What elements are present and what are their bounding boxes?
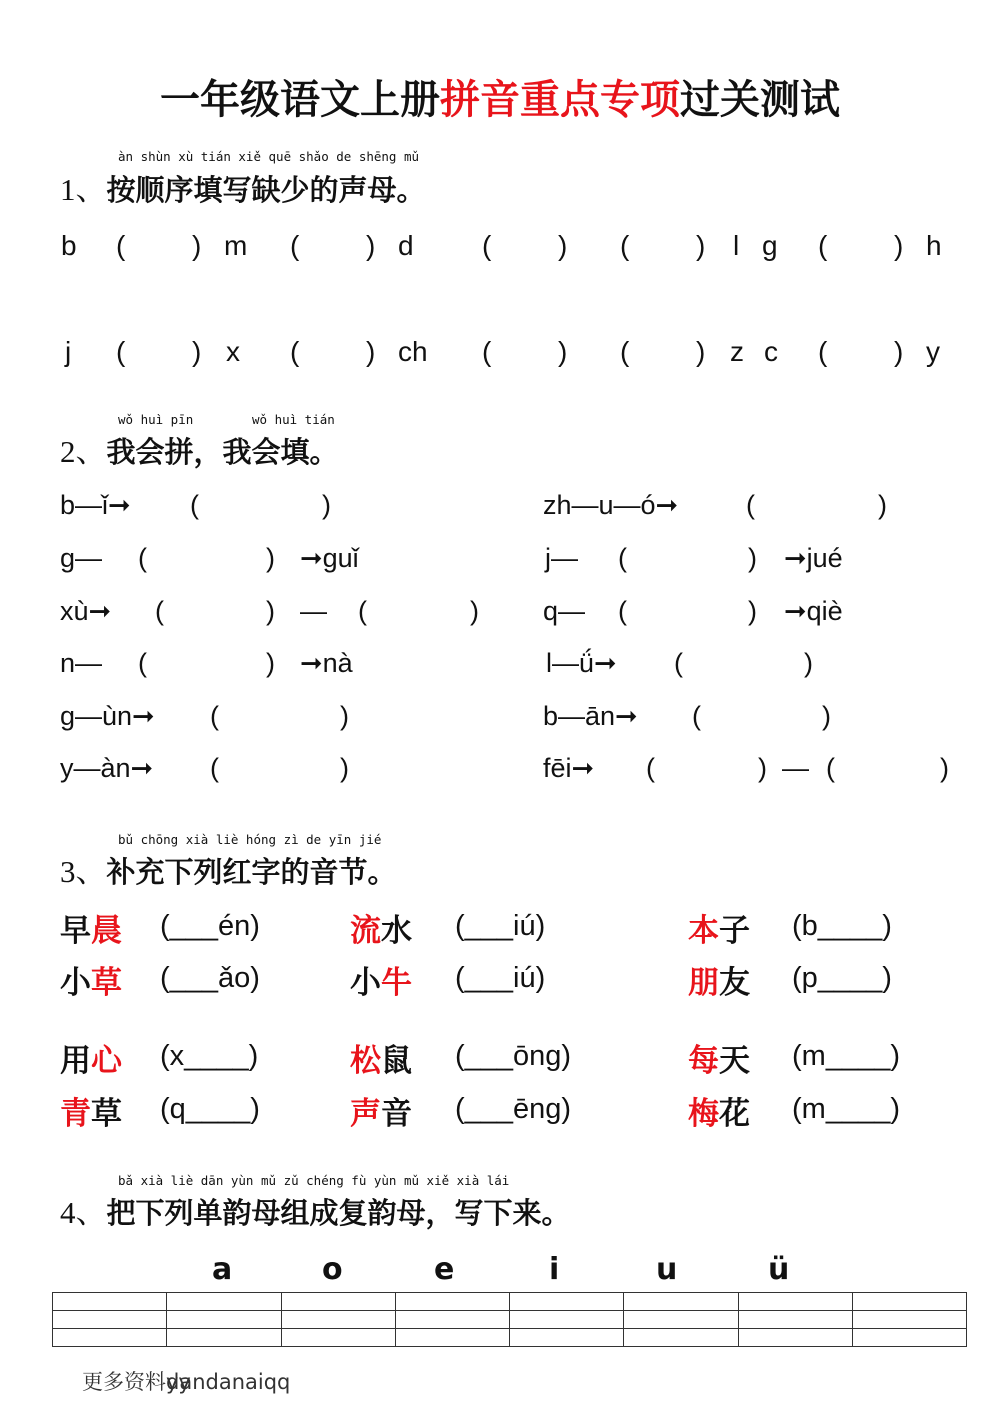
q1-letter: l <box>733 230 739 262</box>
q3-answer-blank: (m____) <box>792 1040 900 1073</box>
q3-word: 本子 <box>688 905 750 950</box>
q3-char: 小 <box>350 965 381 1001</box>
q2-paren-close: ) <box>266 596 275 627</box>
q2-prompt: xù➞ <box>60 596 111 627</box>
q2-prompt: b—ǐ➞ <box>60 490 131 521</box>
grid-cell[interactable] <box>167 1293 281 1311</box>
q2-prompt: n— <box>60 648 102 679</box>
q2-paren-open: ( <box>692 701 701 732</box>
q1-text: 按顺序填写缺少的声母。 <box>107 173 426 207</box>
q2-result: ➞guǐ <box>300 543 359 574</box>
q4-heading: 4、把下列单韵母组成复韵母，写下来。 <box>60 1187 571 1232</box>
q1-letter: ch <box>398 336 428 368</box>
page-title: 一年级语文上册拼音重点专项过关测试 <box>0 68 1000 125</box>
q3-char: 草 <box>91 1096 122 1132</box>
q1-paren-close: ) <box>366 336 375 368</box>
q2-paren-close: ) <box>758 753 767 784</box>
q1-letter: b <box>61 230 77 262</box>
q2-paren-close: ) <box>748 543 757 574</box>
grid-cell[interactable] <box>510 1293 624 1311</box>
grid-cell[interactable] <box>395 1293 509 1311</box>
q2-paren-close: ) <box>822 701 831 732</box>
q3-char: 友 <box>719 965 750 1001</box>
q2-pinyin-1: wǒ huì pīn <box>118 412 193 427</box>
grid-cell[interactable] <box>53 1329 167 1347</box>
q2-prompt: q— <box>543 596 585 627</box>
title-part3: 过关测试 <box>680 76 840 123</box>
q2-dash: — <box>782 753 809 784</box>
q4-pinyin: bǎ xià liè dān yùn mǔ zǔ chéng fù yùn mǔ… <box>118 1173 509 1188</box>
q1-paren-close: ) <box>366 230 375 262</box>
q3-char-red: 梅 <box>688 1096 719 1132</box>
grid-cell[interactable] <box>624 1293 738 1311</box>
q2-prompt: j— <box>545 543 578 574</box>
grid-cell[interactable] <box>53 1311 167 1329</box>
q2-paren-open: ( <box>138 543 147 574</box>
grid-cell[interactable] <box>395 1329 509 1347</box>
q3-char-red: 青 <box>60 1096 91 1132</box>
q2-paren-close: ) <box>940 753 949 784</box>
q3-char: 早 <box>60 913 91 949</box>
q3-answer-blank: (m____) <box>792 1093 900 1126</box>
q3-char: 花 <box>719 1096 750 1132</box>
grid-cell[interactable] <box>281 1329 395 1347</box>
q2-text: 我会拼，我会填。 <box>107 435 339 469</box>
q3-char: 鼠 <box>381 1043 412 1079</box>
q2-paren-open: ( <box>674 648 683 679</box>
q3-word: 朋友 <box>688 957 750 1002</box>
q2-paren-open: ( <box>746 490 755 521</box>
q3-word: 用心 <box>60 1035 122 1080</box>
q2-paren-close: ) <box>878 490 887 521</box>
vowel: e <box>434 1252 454 1287</box>
q2-paren-open: ( <box>155 596 164 627</box>
q1-paren-open: ( <box>818 336 827 368</box>
q3-word: 梅花 <box>688 1088 750 1133</box>
q1-letter: h <box>926 230 942 262</box>
q3-char: 子 <box>719 913 750 949</box>
q1-paren-open: ( <box>818 230 827 262</box>
q3-char-red: 每 <box>688 1043 719 1079</box>
footer-overlay: yy <box>166 1370 191 1394</box>
grid-cell[interactable] <box>852 1293 966 1311</box>
q2-paren-close: ) <box>266 543 275 574</box>
vowel: u <box>656 1252 677 1287</box>
q2-paren-open: ( <box>138 648 147 679</box>
grid-cell[interactable] <box>738 1311 852 1329</box>
q2-paren-open: ( <box>190 490 199 521</box>
q2-prompt: y—àn➞ <box>60 753 153 784</box>
q3-char-red: 牛 <box>381 965 412 1001</box>
q2-result: ➞nà <box>300 648 353 679</box>
q1-letter: g <box>762 230 778 262</box>
grid-cell[interactable] <box>167 1311 281 1329</box>
q1-paren-open: ( <box>620 230 629 262</box>
vowel: i <box>549 1252 559 1287</box>
q1-paren-open: ( <box>620 336 629 368</box>
q3-answer-blank: (___iú) <box>455 910 545 943</box>
grid-cell[interactable] <box>281 1311 395 1329</box>
q1-number: 1、 <box>60 172 107 207</box>
q1-letter: j <box>65 336 71 368</box>
q2-paren-close: ) <box>322 490 331 521</box>
q3-word: 小草 <box>60 957 122 1002</box>
q2-dash: — <box>300 596 327 627</box>
q2-paren-open: ( <box>210 753 219 784</box>
vowel: a <box>212 1252 232 1287</box>
q2-heading: 2、我会拼，我会填。 <box>60 426 339 471</box>
q3-pinyin: bǔ chōng xià liè hóng zì de yīn jié <box>118 832 381 847</box>
q1-paren-open: ( <box>116 336 125 368</box>
q1-paren-close: ) <box>192 336 201 368</box>
q3-answer-blank: (___ēng) <box>455 1093 571 1126</box>
vowel: ü <box>768 1252 789 1287</box>
q3-char-red: 心 <box>91 1043 122 1079</box>
q3-char-red: 流 <box>350 913 381 949</box>
q1-paren-open: ( <box>482 230 491 262</box>
q4-text: 把下列单韵母组成复韵母，写下来。 <box>107 1196 571 1230</box>
q3-char: 天 <box>719 1043 750 1079</box>
q3-word: 每天 <box>688 1035 750 1080</box>
q3-answer-blank: (___én) <box>160 910 260 943</box>
footer-watermark: 更多资料yydandanaiqq <box>82 1366 290 1396</box>
q1-paren-open: ( <box>290 230 299 262</box>
answer-grid <box>52 1292 967 1347</box>
q3-word: 青草 <box>60 1088 122 1133</box>
q2-paren-open: ( <box>618 596 627 627</box>
q4-number: 4、 <box>60 1195 107 1230</box>
q1-heading: 1、按顺序填写缺少的声母。 <box>60 164 426 209</box>
q3-word: 松鼠 <box>350 1035 412 1080</box>
q1-paren-open: ( <box>290 336 299 368</box>
q3-number: 3、 <box>60 854 107 889</box>
q3-char: 用 <box>60 1043 91 1079</box>
q3-char-red: 草 <box>91 965 122 1001</box>
q2-paren-close: ) <box>340 701 349 732</box>
q3-char-red: 松 <box>350 1043 381 1079</box>
grid-cell[interactable] <box>281 1293 395 1311</box>
q3-word: 小牛 <box>350 957 412 1002</box>
q2-prompt: fēi➞ <box>543 753 594 784</box>
grid-cell[interactable] <box>852 1311 966 1329</box>
q1-paren-close: ) <box>696 230 705 262</box>
grid-row <box>53 1311 967 1329</box>
q2-pinyin-2: wǒ huì tián <box>252 412 335 427</box>
q3-answer-blank: (___iú) <box>455 962 545 995</box>
grid-cell[interactable] <box>624 1311 738 1329</box>
q3-text: 补充下列红字的音节。 <box>107 855 397 889</box>
q2-prompt: l—ǘ➞ <box>546 648 617 679</box>
q2-paren-open: ( <box>826 753 835 784</box>
vowel: o <box>322 1252 343 1287</box>
footer-text: 更多资料 <box>82 1370 166 1394</box>
grid-cell[interactable] <box>852 1329 966 1347</box>
q2-number: 2、 <box>60 434 107 469</box>
q3-answer-blank: (q____) <box>160 1093 260 1126</box>
q1-pinyin: àn shùn xù tián xiě quē shǎo de shēng mǔ <box>118 149 419 164</box>
q2-paren-close: ) <box>804 648 813 679</box>
q3-char: 水 <box>381 913 412 949</box>
grid-cell[interactable] <box>167 1329 281 1347</box>
q1-letter: d <box>398 230 414 262</box>
q1-paren-close: ) <box>192 230 201 262</box>
grid-cell[interactable] <box>53 1293 167 1311</box>
q3-answer-blank: (p____) <box>792 962 892 995</box>
grid-cell[interactable] <box>510 1311 624 1329</box>
q1-letter: m <box>224 230 247 262</box>
q2-prompt: b—ān➞ <box>543 701 638 732</box>
grid-cell[interactable] <box>738 1329 852 1347</box>
q2-result: ➞qiè <box>784 596 843 627</box>
q3-char: 音 <box>381 1096 412 1132</box>
grid-row <box>53 1329 967 1347</box>
q2-result: ➞jué <box>784 543 843 574</box>
q2-paren-open: ( <box>210 701 219 732</box>
q1-paren-close: ) <box>558 336 567 368</box>
q3-answer-blank: (___ǎo) <box>160 962 260 995</box>
q3-answer-blank: (___ōng) <box>455 1040 571 1073</box>
q3-char-red: 朋 <box>688 965 719 1001</box>
q1-paren-close: ) <box>894 230 903 262</box>
q3-char-red: 声 <box>350 1096 381 1132</box>
q2-prompt: g— <box>60 543 102 574</box>
q2-paren-close: ) <box>340 753 349 784</box>
q1-letter: c <box>764 336 778 368</box>
q3-heading: 3、补充下列红字的音节。 <box>60 846 397 891</box>
grid-row <box>53 1293 967 1311</box>
q2-paren-close: ) <box>266 648 275 679</box>
q1-paren-open: ( <box>116 230 125 262</box>
q1-letter: x <box>226 336 240 368</box>
grid-cell[interactable] <box>624 1329 738 1347</box>
q2-prompt: g—ùn➞ <box>60 701 155 732</box>
title-part1: 一年级语文上册 <box>160 76 440 123</box>
q3-char: 小 <box>60 965 91 1001</box>
footer-handle: yydandanaiqq <box>166 1370 290 1394</box>
q3-char-red: 晨 <box>91 913 122 949</box>
q1-letter: y <box>926 336 940 368</box>
q1-paren-close: ) <box>894 336 903 368</box>
q3-char-red: 本 <box>688 913 719 949</box>
q2-paren-open: ( <box>646 753 655 784</box>
title-part2-highlight: 拼音重点专项 <box>440 76 680 123</box>
q2-paren-close: ) <box>470 596 479 627</box>
q1-paren-open: ( <box>482 336 491 368</box>
q1-paren-close: ) <box>558 230 567 262</box>
q2-paren-open: ( <box>618 543 627 574</box>
grid-cell[interactable] <box>738 1293 852 1311</box>
q3-word: 早晨 <box>60 905 122 950</box>
q3-answer-blank: (x____) <box>160 1040 258 1073</box>
q1-paren-close: ) <box>696 336 705 368</box>
q1-letter: z <box>730 336 744 368</box>
grid-cell[interactable] <box>395 1311 509 1329</box>
grid-cell[interactable] <box>510 1329 624 1347</box>
q2-paren-open: ( <box>358 596 367 627</box>
q2-prompt: zh—u—ó➞ <box>543 490 678 521</box>
q3-word: 声音 <box>350 1088 412 1133</box>
q3-answer-blank: (b____) <box>792 910 892 943</box>
q2-paren-close: ) <box>748 596 757 627</box>
q3-word: 流水 <box>350 905 412 950</box>
